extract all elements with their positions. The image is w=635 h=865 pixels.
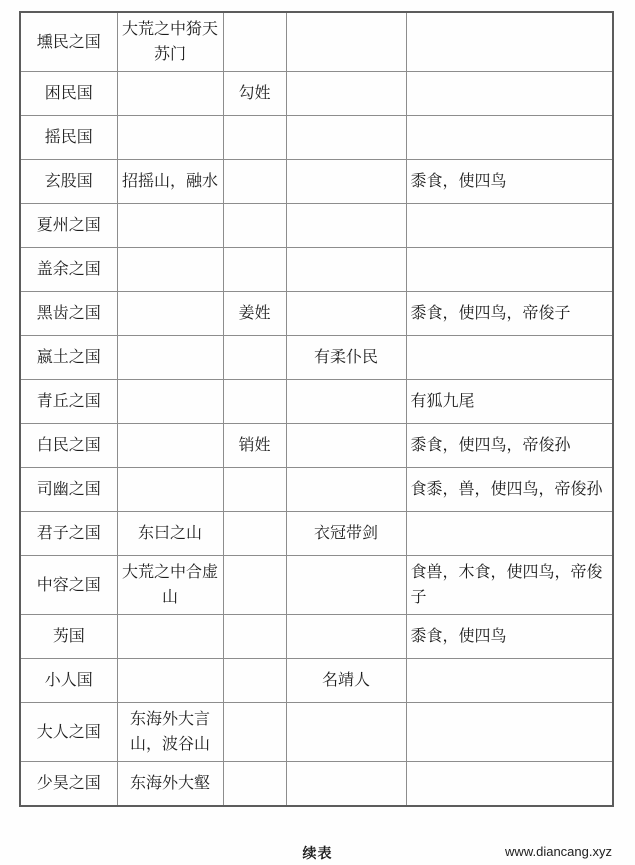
table-cell xyxy=(117,468,223,512)
table-cell xyxy=(406,72,613,116)
table-cell xyxy=(406,659,613,703)
table-row: 𫇭国黍食，使四鸟 xyxy=(20,615,613,659)
table-cell xyxy=(117,615,223,659)
table-cell xyxy=(117,336,223,380)
document-page: 壎民之国大荒之中猗天苏门困民国勾姓摇民国玄股国招摇山，融水黍食，使四鸟夏州之国盖… xyxy=(0,0,635,865)
table-cell: 姜姓 xyxy=(223,292,286,336)
table-row: 嬴土之国有柔仆民 xyxy=(20,336,613,380)
table-cell xyxy=(117,248,223,292)
table-cell xyxy=(117,292,223,336)
table-cell xyxy=(286,248,406,292)
table-cell: 大荒之中合虚山 xyxy=(117,556,223,615)
table-cell xyxy=(223,160,286,204)
table-cell: 黍食，使四鸟，帝俊孙 xyxy=(406,424,613,468)
table-cell xyxy=(223,116,286,160)
table-cell: 小人国 xyxy=(20,659,117,703)
table-cell xyxy=(286,615,406,659)
table-cell: 少昊之国 xyxy=(20,762,117,806)
table-cell xyxy=(223,336,286,380)
table-cell: 黍食，使四鸟 xyxy=(406,615,613,659)
table-cell: 有柔仆民 xyxy=(286,336,406,380)
table-cell xyxy=(223,468,286,512)
table-cell xyxy=(406,248,613,292)
table-cell xyxy=(117,424,223,468)
table-cell xyxy=(286,703,406,762)
table-cell xyxy=(406,703,613,762)
table-cell: 青丘之国 xyxy=(20,380,117,424)
table-cell: 玄股国 xyxy=(20,160,117,204)
table-cell: 黍食，使四鸟，帝俊子 xyxy=(406,292,613,336)
table-cell xyxy=(286,160,406,204)
table-cell xyxy=(223,659,286,703)
table-cell: 壎民之国 xyxy=(20,12,117,72)
table-body: 壎民之国大荒之中猗天苏门困民国勾姓摇民国玄股国招摇山，融水黍食，使四鸟夏州之国盖… xyxy=(20,12,613,806)
table-cell xyxy=(286,762,406,806)
table-cell xyxy=(223,248,286,292)
table-cell xyxy=(286,468,406,512)
table-cell: 名靖人 xyxy=(286,659,406,703)
table-cell xyxy=(286,424,406,468)
table-row: 玄股国招摇山，融水黍食，使四鸟 xyxy=(20,160,613,204)
table-cell xyxy=(286,204,406,248)
table-row: 青丘之国有狐九尾 xyxy=(20,380,613,424)
table-row: 困民国勾姓 xyxy=(20,72,613,116)
table-cell: 食黍，兽，使四鸟，帝俊孙 xyxy=(406,468,613,512)
table-cell xyxy=(223,512,286,556)
table-cell xyxy=(406,116,613,160)
table-cell: 招摇山，融水 xyxy=(117,160,223,204)
table-row: 大人之国东海外大言山，波谷山 xyxy=(20,703,613,762)
table-row: 少昊之国东海外大壑 xyxy=(20,762,613,806)
table-cell: 盖余之国 xyxy=(20,248,117,292)
table-row: 白民之国销姓黍食，使四鸟，帝俊孙 xyxy=(20,424,613,468)
table-cell: 白民之国 xyxy=(20,424,117,468)
table-row: 小人国名靖人 xyxy=(20,659,613,703)
table-cell xyxy=(286,380,406,424)
table-row: 君子之国东曰之山衣冠带剑 xyxy=(20,512,613,556)
table-cell: 东海外大言山，波谷山 xyxy=(117,703,223,762)
table-cell xyxy=(406,762,613,806)
table-cell xyxy=(117,380,223,424)
table-cell xyxy=(223,556,286,615)
table-cell: 𫇭国 xyxy=(20,615,117,659)
table-cell xyxy=(286,72,406,116)
table-cell: 司幽之国 xyxy=(20,468,117,512)
table-cell: 食兽，木食，使四鸟，帝俊子 xyxy=(406,556,613,615)
table-cell xyxy=(406,12,613,72)
table-cell: 东曰之山 xyxy=(117,512,223,556)
table-cell: 中容之国 xyxy=(20,556,117,615)
table-cell xyxy=(117,659,223,703)
table-cell xyxy=(406,512,613,556)
table-cell xyxy=(406,336,613,380)
table-cell: 衣冠带剑 xyxy=(286,512,406,556)
table-cell: 嬴土之国 xyxy=(20,336,117,380)
table-cell: 君子之国 xyxy=(20,512,117,556)
table-cell: 摇民国 xyxy=(20,116,117,160)
table-row: 盖余之国 xyxy=(20,248,613,292)
table-cell: 东海外大壑 xyxy=(117,762,223,806)
table-cell: 大荒之中猗天苏门 xyxy=(117,12,223,72)
table-cell xyxy=(286,292,406,336)
table-cell xyxy=(406,204,613,248)
table-cell xyxy=(286,116,406,160)
table-cell: 大人之国 xyxy=(20,703,117,762)
table-cell: 黑齿之国 xyxy=(20,292,117,336)
table-cell xyxy=(223,703,286,762)
table-cell xyxy=(223,762,286,806)
table-cell xyxy=(286,12,406,72)
table-cell xyxy=(223,204,286,248)
watermark-url: www.diancang.xyz xyxy=(505,844,612,859)
table-cell xyxy=(223,380,286,424)
table-row: 黑齿之国姜姓黍食，使四鸟，帝俊子 xyxy=(20,292,613,336)
table-cell xyxy=(286,556,406,615)
table-cell xyxy=(117,204,223,248)
table-row: 摇民国 xyxy=(20,116,613,160)
table-row: 夏州之国 xyxy=(20,204,613,248)
table-cell: 勾姓 xyxy=(223,72,286,116)
table-row: 壎民之国大荒之中猗天苏门 xyxy=(20,12,613,72)
table-row: 中容之国大荒之中合虚山食兽，木食，使四鸟，帝俊子 xyxy=(20,556,613,615)
table-cell xyxy=(223,615,286,659)
table-cell: 有狐九尾 xyxy=(406,380,613,424)
table-cell: 黍食，使四鸟 xyxy=(406,160,613,204)
table-cell xyxy=(223,12,286,72)
table-cell xyxy=(117,116,223,160)
table-row: 司幽之国食黍，兽，使四鸟，帝俊孙 xyxy=(20,468,613,512)
table-cell: 夏州之国 xyxy=(20,204,117,248)
countries-table: 壎民之国大荒之中猗天苏门困民国勾姓摇民国玄股国招摇山，融水黍食，使四鸟夏州之国盖… xyxy=(19,11,614,807)
table-cell: 困民国 xyxy=(20,72,117,116)
table-cell: 销姓 xyxy=(223,424,286,468)
table-cell xyxy=(117,72,223,116)
